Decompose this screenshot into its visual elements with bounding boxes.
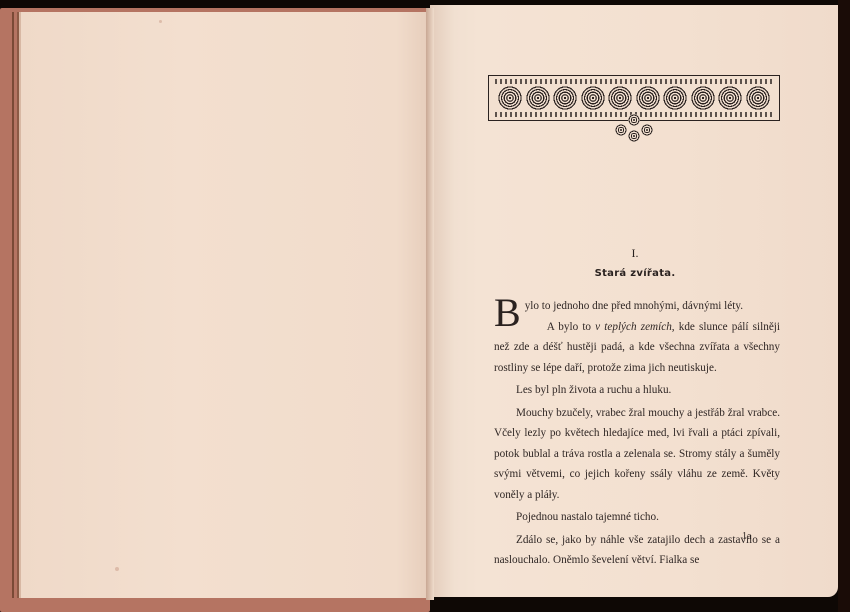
ornament-ring-icon <box>636 86 660 110</box>
ornament-ring-icon <box>553 86 577 110</box>
ornament-ring-icon <box>526 86 550 110</box>
paragraph: Bylo to jednoho dne před mnohými, dávným… <box>494 296 780 378</box>
paper-spot <box>159 20 162 23</box>
body-text: Bylo to jednoho dne před mnohými, dávným… <box>494 296 780 571</box>
paragraph: Pojednou nastalo tajemné ticho. <box>494 507 780 528</box>
paragraph-text: ylo to jednoho dne před mnohými, dávnými… <box>525 300 743 312</box>
ornament-ring-icon <box>498 86 522 110</box>
drop-cap: B <box>494 298 521 328</box>
paragraph: Mouchy bzučely, vrabec žral mouchy a jes… <box>494 403 780 506</box>
ornament-ring-icon <box>663 86 687 110</box>
ornament-ring-icon <box>718 86 742 110</box>
chapter-title: Stará zvířata. <box>490 268 780 279</box>
paragraph-text: A bylo to <box>525 321 595 333</box>
ornament-ring-icon <box>746 86 770 110</box>
signature-mark: 1a <box>742 531 751 542</box>
ornament-ring-icon <box>628 130 640 142</box>
ornament-ring-icon <box>608 86 632 110</box>
ornament-ring-icon <box>691 86 715 110</box>
chapter-number: I. <box>490 246 780 261</box>
left-page-edge <box>12 12 14 598</box>
italic-phrase: v teplých zemích, <box>595 321 674 333</box>
ornament-ring-icon <box>615 124 627 136</box>
ornament-ring-icon <box>628 114 640 126</box>
book-gutter <box>426 8 434 600</box>
background-edge <box>838 0 850 612</box>
paper-spot <box>115 567 119 571</box>
ornament-pendant <box>613 118 655 140</box>
paragraph: Zdálo se, jako by náhle vše zatajilo dec… <box>494 530 780 571</box>
left-page-blank <box>17 12 429 598</box>
ornament-top-band <box>495 79 773 84</box>
ornament-ring-icon <box>641 124 653 136</box>
paragraph: Les byl pln života a ruchu a hluku. <box>494 380 780 401</box>
ornament-ring-icon <box>581 86 605 110</box>
